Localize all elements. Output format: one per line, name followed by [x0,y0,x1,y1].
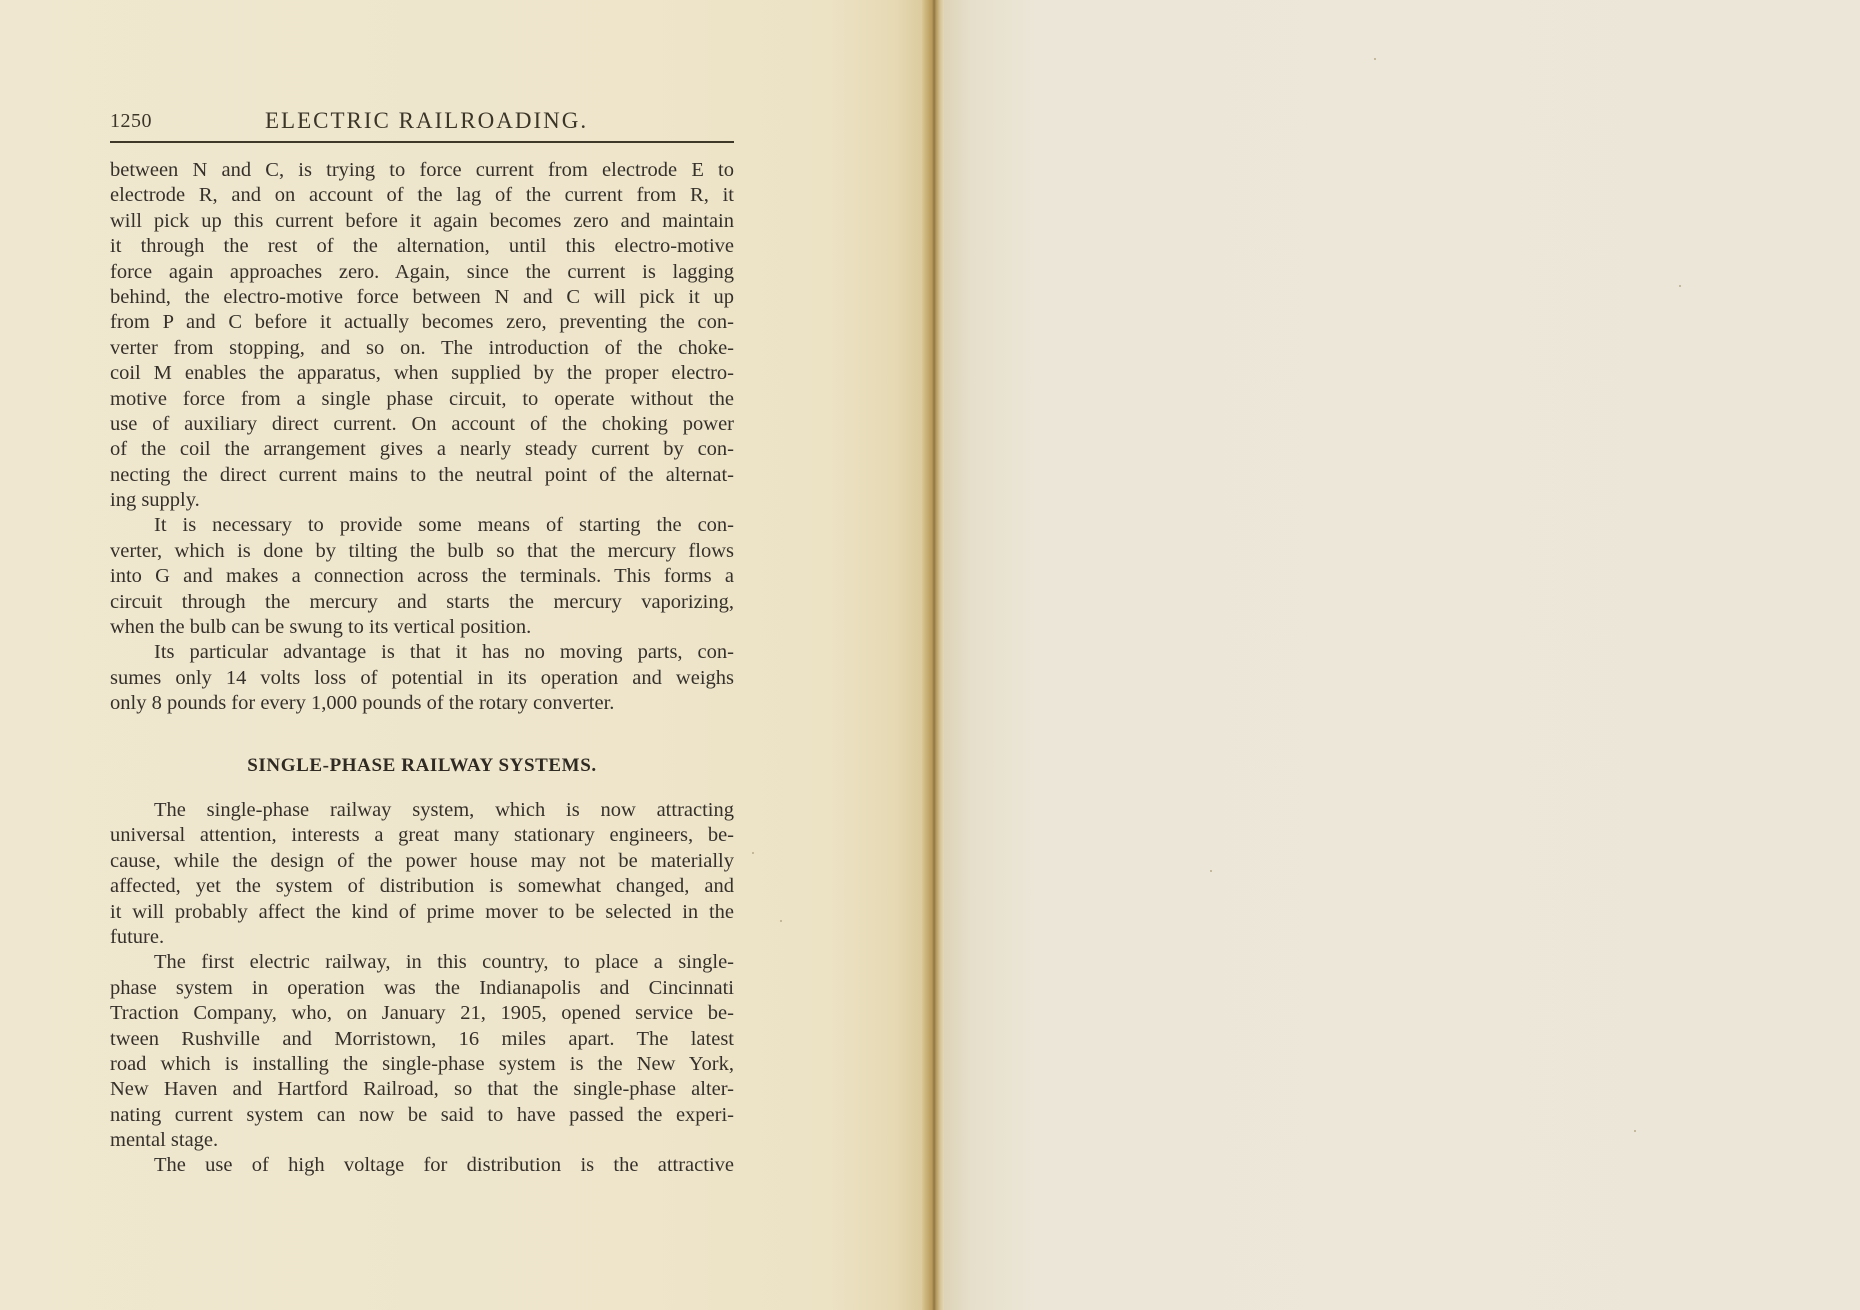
paper-fleck [1634,1130,1636,1132]
text-line: ing supply. [110,488,734,513]
page-body: between N and C, is trying to force curr… [110,158,734,1179]
paragraph: Its particular advantage is that it has … [110,640,734,716]
paper-fleck [1679,285,1681,287]
paper-fleck [1374,58,1376,60]
text-line: sumes only 14 volts loss of potential in… [110,666,734,691]
paper-fleck [752,852,754,854]
paragraph: It is necessary to provide some means of… [110,513,734,640]
text-line: The use of high voltage for distribution… [110,1153,734,1178]
text-line: only 8 pounds for every 1,000 pounds of … [110,691,734,716]
text-line: verter from stopping, and so on. The int… [110,336,734,361]
text-line: circuit through the mercury and starts t… [110,590,734,615]
paper-fleck [780,920,782,922]
text-line: mental stage. [110,1128,734,1153]
text-line: force again approaches zero. Again, sinc… [110,260,734,285]
text-line: it will probably affect the kind of prim… [110,900,734,925]
text-line: The first electric railway, in this coun… [110,950,734,975]
running-head: 1250 ELECTRIC RAILROADING. [110,104,734,140]
paragraph: The single-phase railway system, which i… [110,798,734,950]
header-rule [110,141,734,143]
text-line: it through the rest of the alternation, … [110,234,734,259]
text-line: future. [110,925,734,950]
text-line: affected, yet the system of distribution… [110,874,734,899]
text-line: road which is installing the single-phas… [110,1052,734,1077]
paper-fleck [1210,870,1212,872]
text-line: of the coil the arrangement gives a near… [110,437,734,462]
text-line: behind, the electro-motive force between… [110,285,734,310]
paragraph: The use of high voltage for distribution… [110,1153,734,1178]
paragraph: The first electric railway, in this coun… [110,950,734,1153]
book-spread: 1250 ELECTRIC RAILROADING. between N and… [0,0,1860,1310]
right-page-blank [944,0,1860,1310]
text-line: from P and C before it actually becomes … [110,310,734,335]
text-line: phase system in operation was the Indian… [110,976,734,1001]
text-line: cause, while the design of the power hou… [110,849,734,874]
section-heading: SINGLE-PHASE RAILWAY SYSTEMS. [110,753,734,778]
text-line: use of auxiliary direct current. On acco… [110,412,734,437]
text-line: Traction Company, who, on January 21, 19… [110,1001,734,1026]
text-line: New Haven and Hartford Railroad, so that… [110,1077,734,1102]
text-line: necting the direct current mains to the … [110,463,734,488]
text-line: Its particular advantage is that it has … [110,640,734,665]
text-line: motive force from a single phase circuit… [110,387,734,412]
text-line: The single-phase railway system, which i… [110,798,734,823]
text-line: when the bulb can be swung to its vertic… [110,615,734,640]
text-line: It is necessary to provide some means of… [110,513,734,538]
page-number: 1250 [110,110,152,133]
text-line: will pick up this current before it agai… [110,209,734,234]
text-line: tween Rushville and Morristown, 16 miles… [110,1027,734,1052]
left-page: 1250 ELECTRIC RAILROADING. between N and… [0,0,922,1310]
text-line: between N and C, is trying to force curr… [110,158,734,183]
text-line: universal attention, interests a great m… [110,823,734,848]
text-line: coil M enables the apparatus, when suppl… [110,361,734,386]
text-line: electrode R, and on account of the lag o… [110,183,734,208]
text-line: into G and makes a connection across the… [110,564,734,589]
text-line: verter, which is done by tilting the bul… [110,539,734,564]
paragraph: between N and C, is trying to force curr… [110,158,734,513]
book-spine-gutter [922,0,944,1310]
text-line: nating current system can now be said to… [110,1103,734,1128]
running-title: ELECTRIC RAILROADING. [265,108,588,134]
